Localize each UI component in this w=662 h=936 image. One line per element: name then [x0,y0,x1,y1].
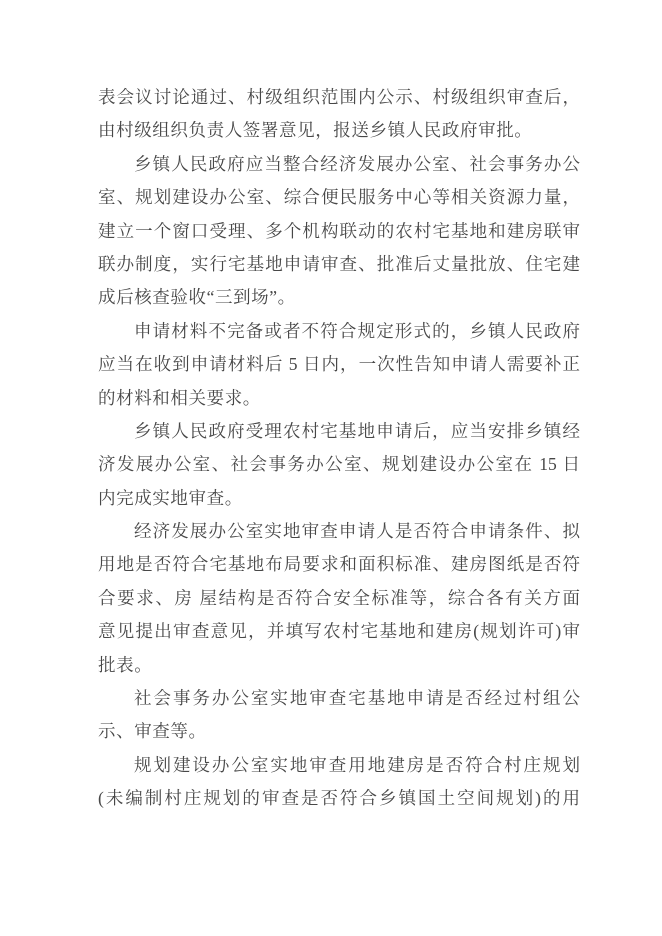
text-line: 表会议讨论通过、村级组织范围内公示、村级组织审查后， [98,81,580,114]
text-line: 济发展办公室、社会事务办公室、规划建设办公室在 15 日 [98,448,580,481]
text-line: (未编制村庄规划的审查是否符合乡镇国土空间规划)的用 [98,782,580,815]
text-line: 规划建设办公室实地审查用地建房是否符合村庄规划 [98,749,580,782]
text-line: 的材料和相关要求。 [98,382,580,415]
text-line: 应当在收到申请材料后 5 日内，一次性告知申请人需要补正 [98,348,580,381]
text-line: 经济发展办公室实地审查申请人是否符合申请条件、拟 [98,515,580,548]
text-line: 示、审查等。 [98,715,580,748]
text-line: 联办制度，实行宅基地申请审查、批准后丈量批放、住宅建 [98,248,580,281]
text-line: 由村级组织负责人签署意见，报送乡镇人民政府审批。 [98,114,580,147]
text-line: 用地是否符合宅基地布局要求和面积标准、建房图纸是否符 [98,548,580,581]
document-page: 表会议讨论通过、村级组织范围内公示、村级组织审查后，由村级组织负责人签署意见，报… [0,0,662,936]
text-line: 内完成实地审查。 [98,482,580,515]
text-line: 乡镇人民政府应当整合经济发展办公室、社会事务办公 [98,148,580,181]
text-line: 社会事务办公室实地审查宅基地申请是否经过村组公 [98,682,580,715]
text-line: 室、规划建设办公室、综合便民服务中心等相关资源力量， [98,181,580,214]
text-line: 建立一个窗口受理、多个机构联动的农村宅基地和建房联审 [98,215,580,248]
text-line: 申请材料不完备或者不符合规定形式的，乡镇人民政府 [98,315,580,348]
text-line: 意见提出审查意见，并填写农村宅基地和建房(规划许可)审 [98,615,580,648]
text-line: 乡镇人民政府受理农村宅基地申请后，应当安排乡镇经 [98,415,580,448]
document-text-block: 表会议讨论通过、村级组织范围内公示、村级组织审查后，由村级组织负责人签署意见，报… [98,81,580,816]
text-line: 批表。 [98,649,580,682]
text-line: 成后核查验收“三到场”。 [98,281,580,314]
text-line: 合要求、房 屋结构是否符合安全标准等，综合各有关方面 [98,582,580,615]
